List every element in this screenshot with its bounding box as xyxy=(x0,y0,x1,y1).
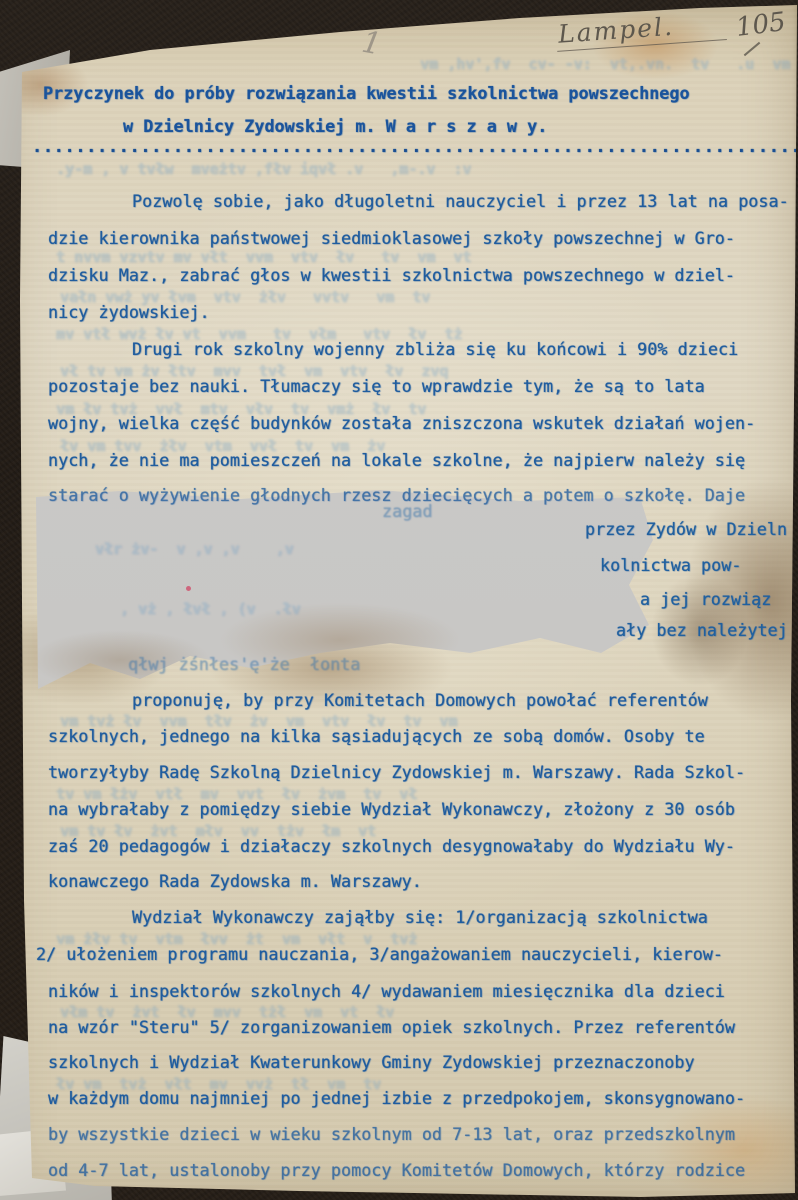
damaged-fragment-line: qłwj żśnłes'ę'że łonta xyxy=(128,655,360,674)
bleedthrough-line: vłr żv- v ,v ,v ,v xyxy=(95,540,294,559)
body-line: by wszystkie dzieci w wieku szkolnym od … xyxy=(48,1125,735,1144)
bleedthrough-line: vm łv tvż vvł mtv vłv tv vmż łv tv xyxy=(56,400,426,419)
body-line: tworzyłyby Radę Szkolną Dzielnicy Zydows… xyxy=(48,763,745,782)
bleedthrough-line: łv vm tvż vłt mv vvż tł vm tv xyxy=(56,1075,381,1094)
scan-surface: Przyczynek do próby rozwiązania kwestii … xyxy=(0,0,798,1200)
bleedthrough-line: vł tv vm żv łtv mvv tvł vm vtv łv zvq xyxy=(60,362,448,381)
bleedthrough-line: .y-m , v tvłw mveżtv ,fłv iqvł .v ,m-.v … xyxy=(56,160,471,179)
dotted-separator: ........................................… xyxy=(32,138,798,157)
bleedthrough-line: t nvvm vzvtv mv vłt vvm vtv łv tv vm vt xyxy=(56,248,471,267)
damaged-fragment-line: przez Zydów w Dzieln xyxy=(585,520,787,539)
body-line: konawczego Rada Zydowska m. Warszawy. xyxy=(48,872,422,891)
handwritten-name: Lampel. xyxy=(555,8,727,52)
title-line-2: w Dzielnicy Zydowskiej m. W a r s z a w … xyxy=(123,117,547,136)
document-page: Przyczynek do próby rozwiązania kwestii … xyxy=(0,0,798,1200)
damaged-fragment-line: ały bez należytej xyxy=(616,621,788,640)
red-speck xyxy=(186,586,191,591)
body-line: dzisku Maz., zabrać głos w kwestii szkol… xyxy=(48,266,735,285)
bleedthrough-line: vłm tv żvt łv mvv tżł vm vt łv xyxy=(60,1003,394,1022)
body-line: Wydział Wykonawczy zająłby się: 1/organi… xyxy=(132,908,708,927)
damaged-fragment-line: zagad xyxy=(382,502,433,521)
bleedthrough-line: vm tv łv żvt młv vv tżv łm vt xyxy=(60,822,376,841)
body-line: ników i inspektorów szkolnych 4/ wydawan… xyxy=(48,982,725,1001)
handwritten-annotation: Lampel. 105 xyxy=(0,0,798,90)
bleedthrough-line: tv vm łżv vtł mv vvt łv żvm tv vł xyxy=(56,785,417,804)
bleedthrough-line: , vż , łvł , (v .łv xyxy=(120,600,301,619)
body-line: proponuję, by przy Komitetach Domowych p… xyxy=(132,691,708,710)
bleedthrough-line: vałn vwż yv łvm vtv żłv vvtv vm tv xyxy=(60,288,430,307)
body-line: dzie kierownika państwowej siedmioklasow… xyxy=(48,229,735,248)
handwritten-page-number: 105 xyxy=(734,7,787,43)
damaged-fragment-line: a jej rozwiąz xyxy=(640,590,771,609)
handwritten-slash-mark xyxy=(744,42,761,56)
bleedthrough-line: vm tvż łv vvm tłv żv vm vtv łv tv vm xyxy=(60,712,457,731)
damaged-fragment-line: kolnictwa pow- xyxy=(600,556,741,575)
body-line: od 4-7 lat, ustalonoby przy pomocy Komit… xyxy=(48,1161,745,1180)
bleedthrough-line: vm żłv tv vtm łvv żt vm vłt v tvż xyxy=(56,930,417,949)
body-line: szkolnych i Wydział Kwaterunkowy Gminy Z… xyxy=(48,1053,695,1072)
bleedthrough-line: mv vtł wvż łv vt vvm tv vłm vtv łv tż xyxy=(56,325,462,344)
bleedthrough-line: łv vm tvv żłv vtm vvł tv vm żv xyxy=(60,437,385,456)
body-line: Pozwolę sobie, jako długoletni nauczycie… xyxy=(132,192,789,211)
